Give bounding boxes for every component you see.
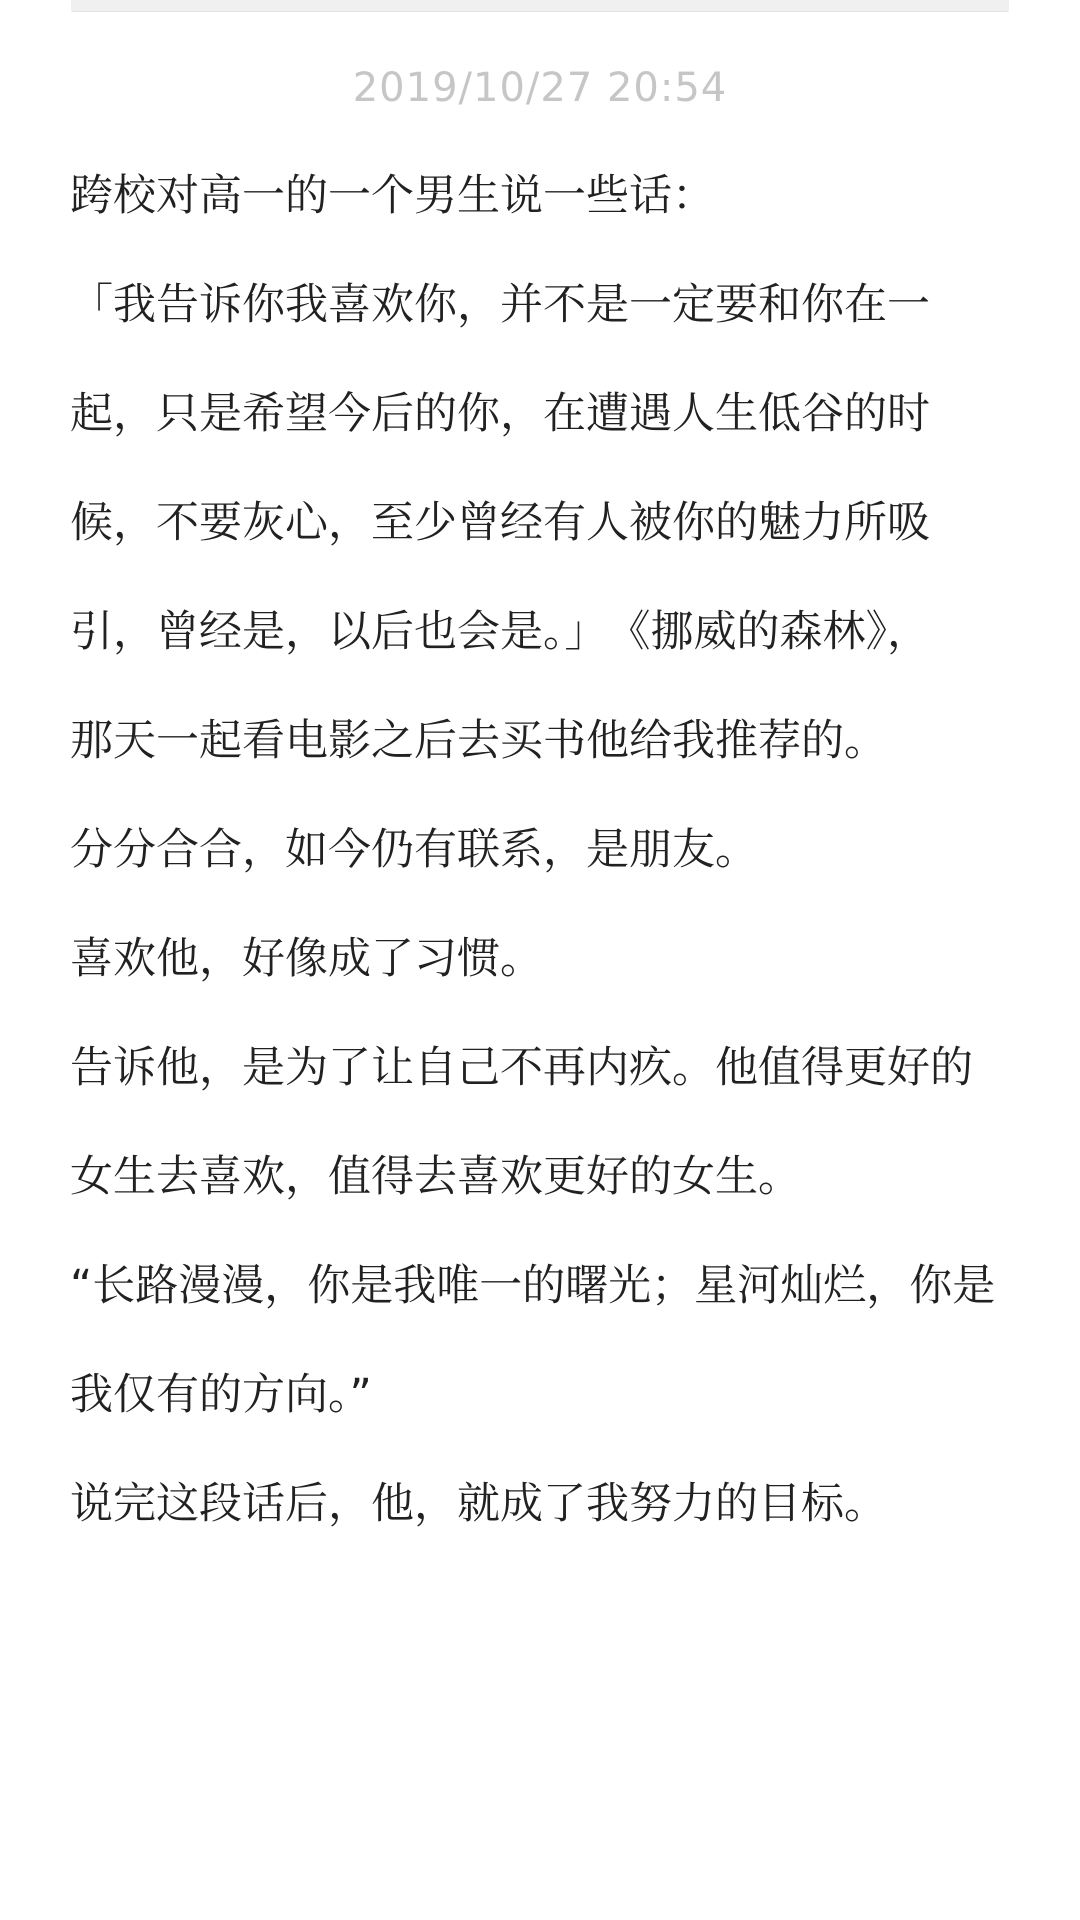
text-line: 候，不要灰心，至少曾经有人被你的魅力所吸 (70, 469, 1010, 578)
text-line: 告诉他，是为了让自己不再内疚。他值得更好的 (70, 1014, 1010, 1123)
post-body: 跨校对高一的一个男生说一些话： 「我告诉你我喜欢你，并不是一定要和你在一 起，只… (70, 142, 1010, 1559)
paragraph: 说完这段话后，他，就成了我努力的目标。 (70, 1450, 1010, 1559)
text-line: 那天一起看电影之后去买书他给我推荐的。 (70, 687, 1010, 796)
previous-card-edge (71, 0, 1009, 12)
text-line: 跨校对高一的一个男生说一些话： (70, 142, 1010, 251)
paragraph: 分分合合，如今仍有联系，是朋友。 (70, 796, 1010, 905)
text-line: 喜欢他，好像成了习惯。 (70, 905, 1010, 1014)
text-line: 说完这段话后，他，就成了我努力的目标。 (70, 1450, 1010, 1559)
post-timestamp: 2019/10/27 20:54 (0, 64, 1080, 112)
text-line: 起，只是希望今后的你，在遭遇人生低谷的时 (70, 360, 1010, 469)
paragraph: 喜欢他，好像成了习惯。 (70, 905, 1010, 1014)
paragraph: 跨校对高一的一个男生说一些话： (70, 142, 1010, 251)
text-line: 我仅有的方向。” (70, 1341, 1010, 1450)
text-line: 引，曾经是，以后也会是。」 《挪威的森林》， (70, 578, 1010, 687)
paragraph: 「我告诉你我喜欢你，并不是一定要和你在一 起，只是希望今后的你，在遭遇人生低谷的… (70, 251, 1010, 796)
text-line: “长路漫漫，你是我唯一的曙光；星河灿烂，你是 (70, 1232, 1010, 1341)
text-line: 「我告诉你我喜欢你，并不是一定要和你在一 (70, 251, 1010, 360)
paragraph: 告诉他，是为了让自己不再内疚。他值得更好的 女生去喜欢，值得去喜欢更好的女生。 (70, 1014, 1010, 1232)
paragraph: “长路漫漫，你是我唯一的曙光；星河灿烂，你是 我仅有的方向。” (70, 1232, 1010, 1450)
text-line: 分分合合，如今仍有联系，是朋友。 (70, 796, 1010, 905)
text-line: 女生去喜欢，值得去喜欢更好的女生。 (70, 1123, 1010, 1232)
